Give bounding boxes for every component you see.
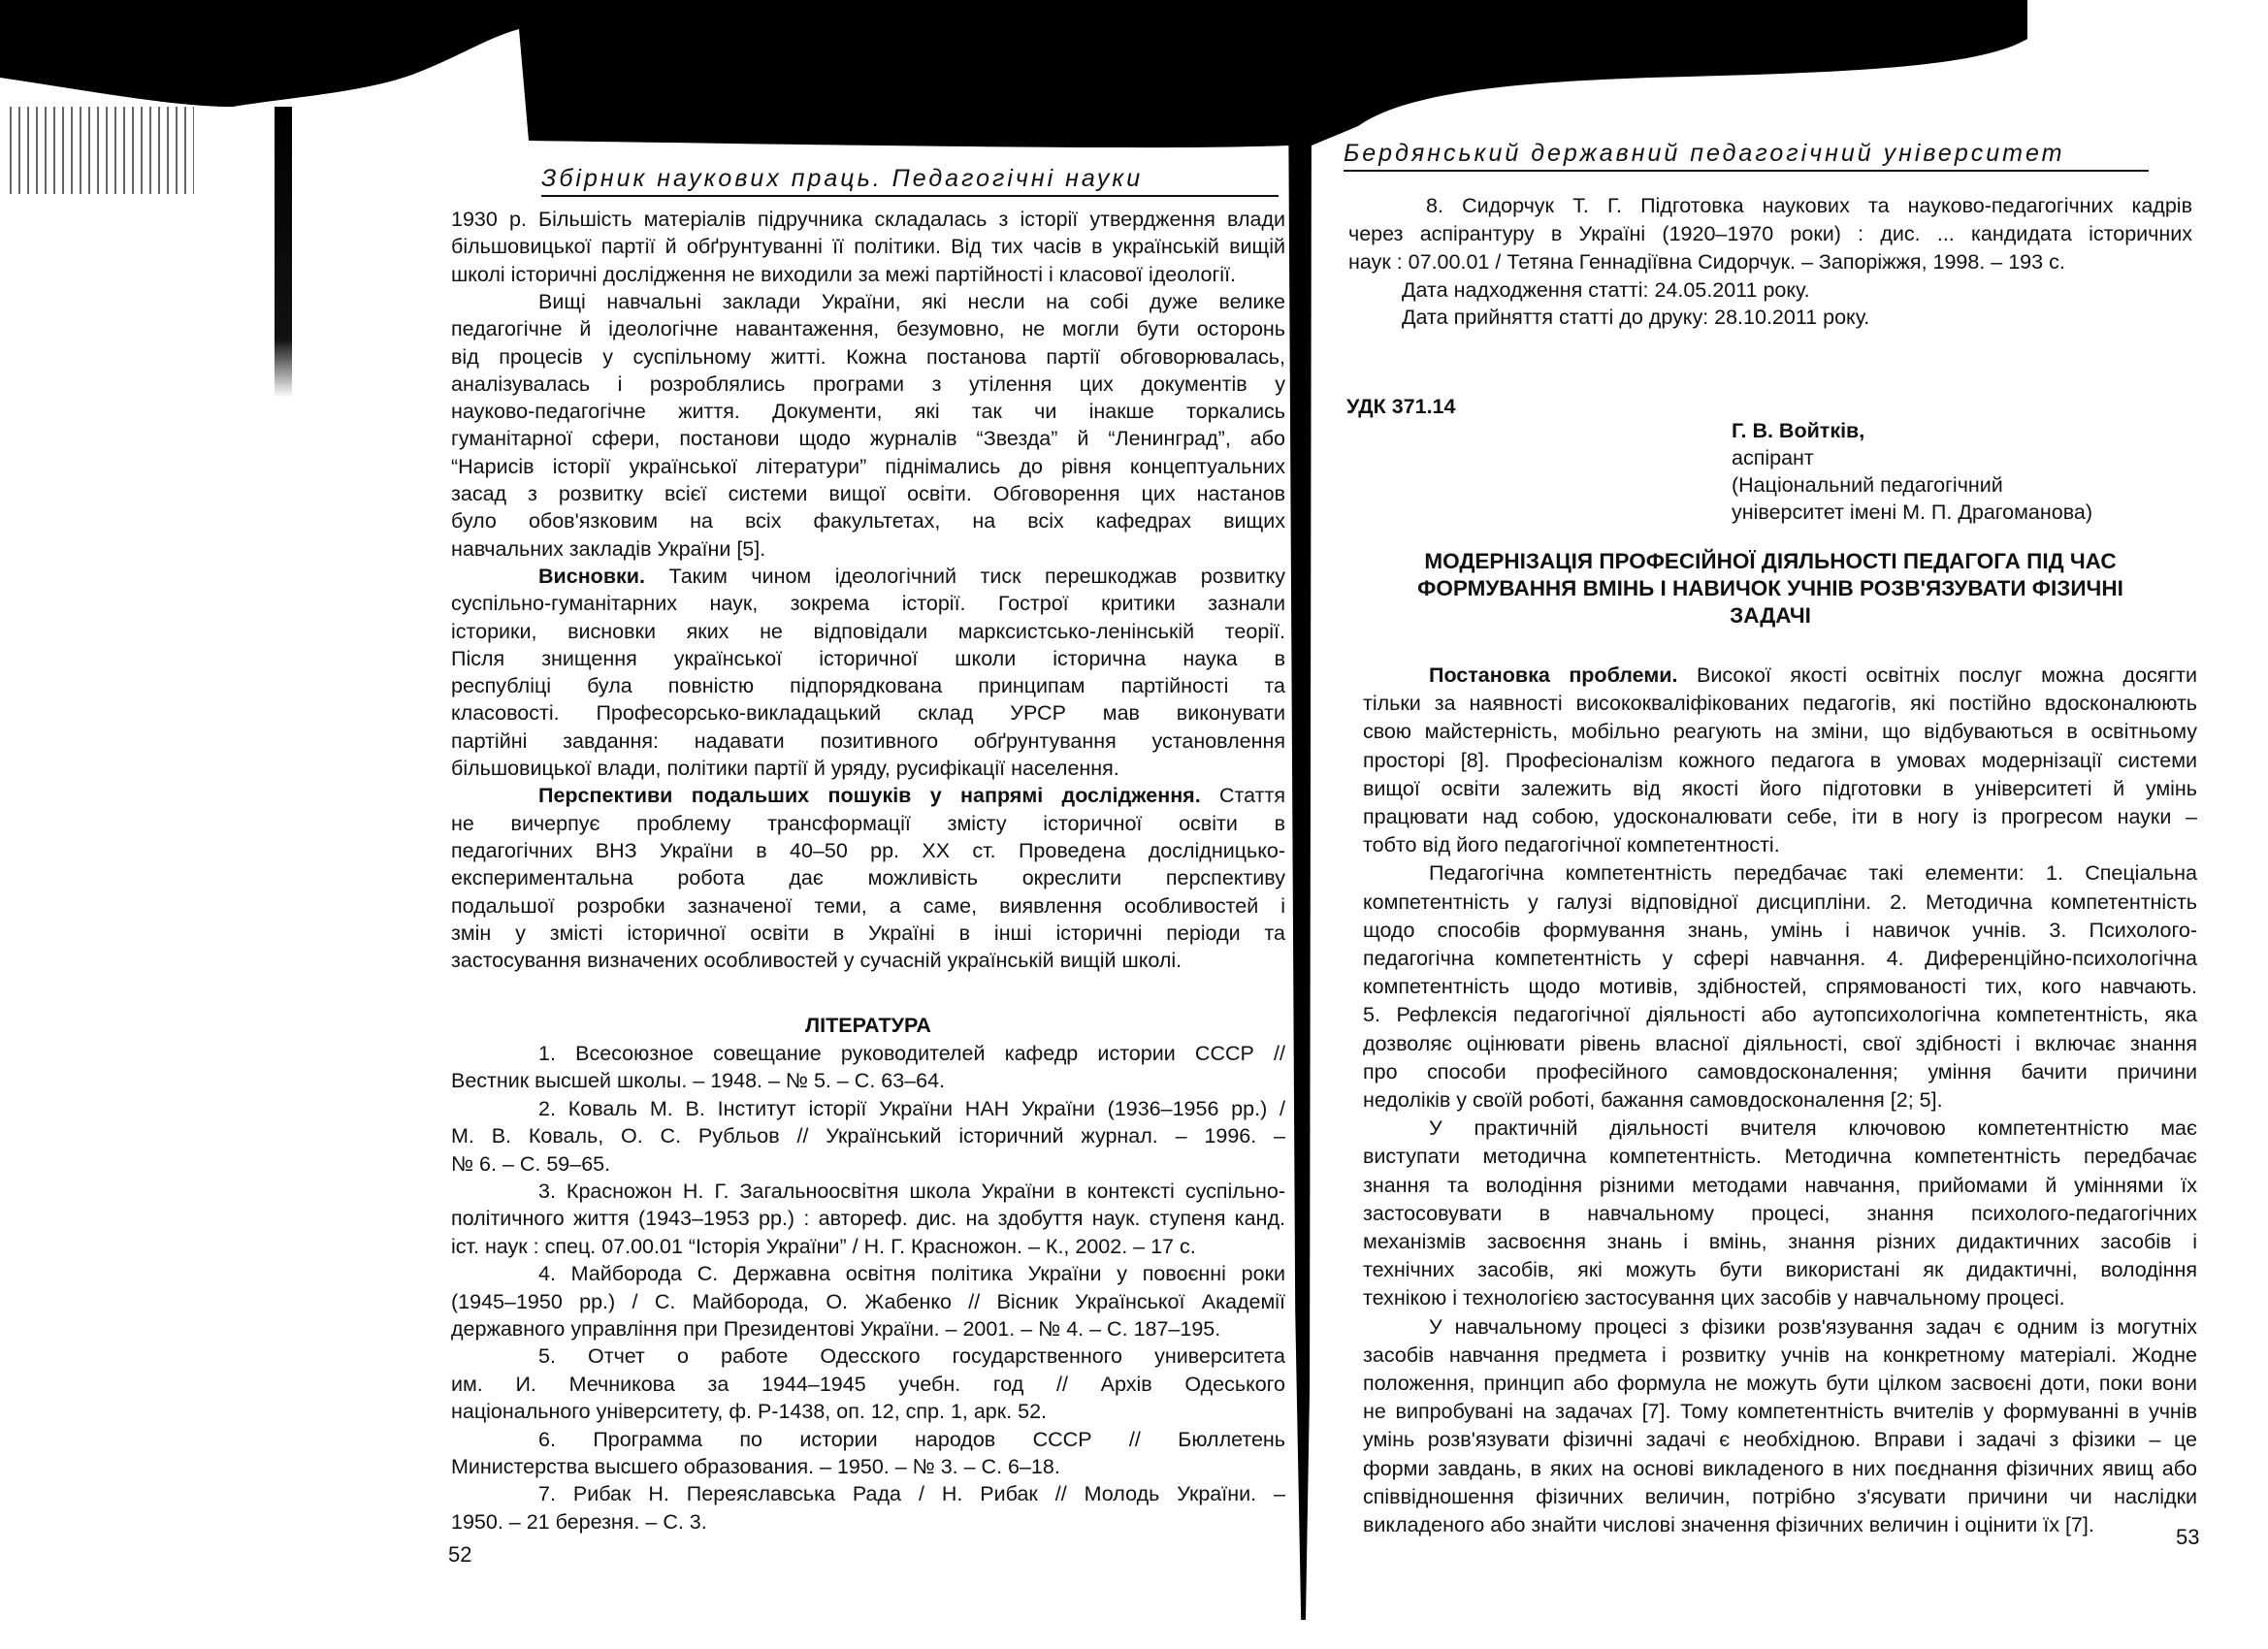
received-date: Дата надходження статті: 24.05.2011 року…	[1402, 276, 1810, 304]
body-line: викладеного або знайти числові значення …	[1363, 1511, 2197, 1538]
title-line: ЗАДАЧІ	[1358, 602, 2183, 630]
body-line: педагогічна компетентність у сфері навча…	[1363, 945, 2197, 972]
body-line: подальшої розробки зазначеної теми, а са…	[451, 892, 1285, 920]
body-line: тільки за наявності висококваліфікованих…	[1363, 690, 2197, 717]
body-line: знання та володіння різними методами нав…	[1363, 1172, 2197, 1199]
body-line: суспільно-гуманітарних наук, зокрема іст…	[451, 590, 1285, 617]
body-line: механізмів засвоєння знань і вмінь, знан…	[1363, 1228, 2197, 1255]
body-line: більшовицької партії й обґрунтуванні її …	[451, 233, 1285, 260]
body-line: засобів навчання предмета і розвитку учн…	[1363, 1342, 2197, 1369]
reference-line: 2. Коваль М. В. Інститут історії України…	[538, 1095, 1285, 1122]
body-line: було обов'язковим на всіх факультетах, н…	[451, 507, 1285, 534]
body-line: свою майстерність, мобільно реагують на …	[1363, 718, 2197, 745]
reference-line: 7. Рибак Н. Переяславська Рада / Н. Риба…	[538, 1480, 1285, 1507]
reference-line: (1945–1950 рр.) / С. Майборода, О. Жабен…	[451, 1288, 1285, 1315]
body-line: тобто від його педагогічної компетентнос…	[1363, 831, 2197, 858]
accepted-date: Дата прийняття статті до друку: 28.10.20…	[1402, 304, 1869, 331]
page-number-right: 53	[2176, 1525, 2199, 1550]
author-affiliation-2: університет імені М. П. Драгоманова)	[1732, 499, 2092, 526]
body-line: не випробувані на задачах [7]. Тому комп…	[1363, 1398, 2197, 1425]
body-line: компетентність у галузі відповідної дисц…	[1363, 889, 2197, 916]
title-line: ФОРМУВАННЯ ВМІНЬ І НАВИЧОК УЧНІВ РОЗВ'ЯЗ…	[1358, 575, 2183, 602]
body-line: Вищі навчальні заклади України, які несл…	[538, 288, 1285, 315]
body-line: застосування визначених особливостей у с…	[451, 947, 1285, 974]
body-line: республіці була повністю підпорядкована …	[451, 672, 1285, 699]
body-line: науково-педагогічне життя. Документи, як…	[451, 398, 1285, 425]
author-affiliation-1: (Національний педагогічний	[1732, 471, 2003, 499]
body-line: від процесів у суспільному житті. Кожна …	[451, 343, 1285, 371]
body-line: щодо способів формування знань, умінь і …	[1363, 917, 2197, 944]
body-line: технікою і технологією застосування цих …	[1363, 1284, 2197, 1311]
book-spine-shadow	[1288, 78, 1312, 1620]
body-line: положення, принцип або формула не можуть…	[1363, 1370, 2197, 1397]
running-head-left: Збірник наукових праць. Педагогічні наук…	[541, 165, 1279, 197]
reference-line: державного управління при Президентові У…	[451, 1315, 1285, 1342]
body-line: засад з розвитку всієї системи вищої осв…	[451, 480, 1285, 507]
body-line: У навчальному процесі з фізики розв'язув…	[1429, 1313, 2197, 1341]
body-line: дозволяє оцінювати рівень власної діяльн…	[1363, 1030, 2197, 1057]
body-line: школі історичні дослідження не виходили …	[451, 261, 1285, 288]
body-line: технічних засобів, які можуть бути викор…	[1363, 1256, 2197, 1283]
body-line: історики, висновки яких не відповідали м…	[451, 618, 1285, 645]
body-line: форми завдань, в яких на основі викладен…	[1363, 1455, 2197, 1482]
body-line: Висновки. Таким чином ідеологічний тиск …	[538, 563, 1285, 590]
body-line: виступати методична компетентність. Мето…	[1363, 1143, 2197, 1170]
reference-line: 1. Всесоюзное совещание руководителей ка…	[538, 1040, 1285, 1067]
reference-line: 5. Отчет о работе Одесского государствен…	[538, 1342, 1285, 1370]
body-line: педагогічне й ідеологічне навантаження, …	[451, 315, 1285, 342]
body-line: компетентність щодо мотивів, здібностей,…	[1363, 973, 2197, 1000]
references-heading: ЛІТЕРАТУРА	[451, 1012, 1285, 1039]
body-line: недоліків у своїй роботі, бажання самовд…	[1363, 1086, 2197, 1114]
reference-line: національного університету, ф. Р-1438, о…	[451, 1398, 1285, 1425]
body-line: Перспективи подальших пошуків у напрямі …	[538, 782, 1285, 809]
body-line: У практичній діяльності вчителя ключовою…	[1429, 1115, 2197, 1142]
udk-code: УДК 371.14	[1346, 393, 1455, 420]
body-line: партійні завдання: надавати позитивного …	[451, 727, 1285, 755]
reference-line: політичного життя (1943–1953 рр.) : авто…	[451, 1205, 1285, 1232]
title-line: МОДЕРНІЗАЦІЯ ПРОФЕСІЙНОЇ ДІЯЛЬНОСТІ ПЕДА…	[1358, 548, 2183, 575]
author-position: аспірант	[1732, 444, 1814, 471]
reference-line: 8. Сидорчук Т. Г. Підготовка наукових та…	[1426, 192, 2192, 219]
reference-line: 1950. – 21 березня. – С. 3.	[451, 1508, 1285, 1536]
body-line: Педагогічна компетентність передбачає та…	[1429, 859, 2197, 887]
scan-mark	[275, 107, 292, 398]
reference-line: № 6. – С. 59–65.	[451, 1150, 1285, 1178]
body-line: просторі [8]. Професіоналізм кожного пед…	[1363, 747, 2197, 774]
body-line: більшовицької влади, політики партії й у…	[451, 755, 1285, 782]
body-line: навчальних закладів України [5].	[451, 535, 1285, 563]
page-number-left: 52	[448, 1542, 471, 1568]
reference-line: 4. Майборода С. Державна освітня політик…	[538, 1260, 1285, 1287]
reference-line: им. И. Мечникова за 1944–1945 учебн. год…	[451, 1371, 1285, 1398]
running-head-right: Бердянський державний педагогічний уніве…	[1344, 140, 2149, 172]
body-line: застосовувати в навчальному процесі, зна…	[1363, 1200, 2197, 1227]
reference-line: іст. наук : спец. 07.00.01 “Історія Укра…	[451, 1233, 1285, 1260]
body-line: педагогічних ВНЗ України в 40–50 рр. XX …	[451, 837, 1285, 864]
body-line: класовості. Професорсько-викладацький ск…	[451, 699, 1285, 727]
body-line: “Нарисів історії української літератури”…	[451, 453, 1285, 480]
body-line: гуманітарної сфери, постанови щодо журна…	[451, 425, 1285, 452]
scan-noise	[10, 107, 194, 194]
body-line: співвідношення фізичних величин, потрібн…	[1363, 1483, 2197, 1510]
body-line: працювати над собою, удосконалювати себе…	[1363, 803, 2197, 830]
reference-line: Министерства высшего образования. – 1950…	[451, 1453, 1285, 1480]
reference-line: через аспірантуру в Україні (1920–1970 р…	[1348, 220, 2192, 247]
reference-line: 3. Красножон Н. Г. Загальноосвітня школа…	[538, 1178, 1285, 1205]
reference-line: 6. Программа по истории народов СССР // …	[538, 1426, 1285, 1453]
body-line: Постановка проблеми. Високої якості осві…	[1429, 662, 2197, 689]
body-line: 1930 р. Більшість матеріалів підручника …	[451, 206, 1285, 233]
body-line: Після знищення української історичної шк…	[451, 645, 1285, 672]
author-name: Г. В. Войтків,	[1732, 417, 1864, 444]
body-line: експериментальна робота дає можливість о…	[451, 864, 1285, 891]
reference-line: Вестник высшей школы. – 1948. – № 5. – С…	[451, 1067, 1285, 1094]
body-line: змін у змісті історичної освіти в Україн…	[451, 920, 1285, 947]
body-line: 5. Рефлексія педагогічної діяльності або…	[1363, 1001, 2197, 1028]
body-line: умінь розв'язувати фізичні задачі є необ…	[1363, 1426, 2197, 1453]
body-line: вищої освіти залежить від якості його пі…	[1363, 775, 2197, 802]
reference-line: наук : 07.00.01 / Тетяна Геннадіївна Сид…	[1348, 248, 2192, 275]
body-line: аналізувалась і розроблялись програми з …	[451, 371, 1285, 398]
reference-line: М. В. Коваль, О. С. Рубльов // Українськ…	[451, 1122, 1285, 1149]
body-line: про способи професійного самовдосконален…	[1363, 1058, 2197, 1085]
body-line: не вичерпує проблему трансформації зміст…	[451, 810, 1285, 837]
